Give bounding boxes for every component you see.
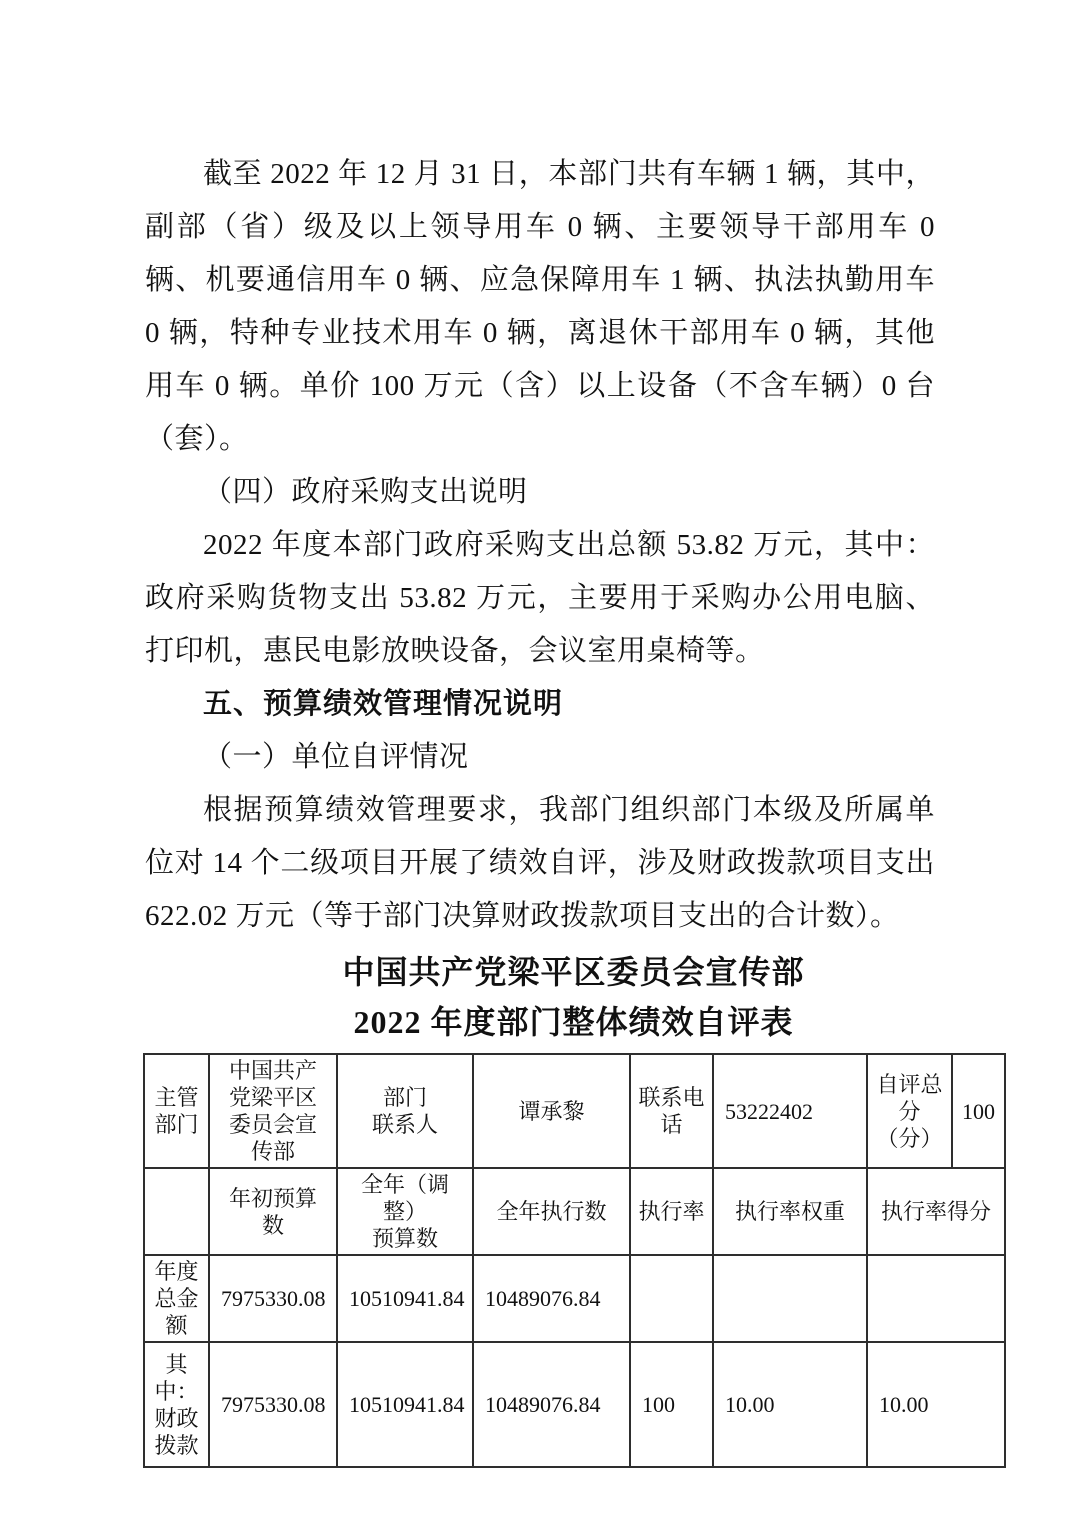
cell-fiscal-weight: 10.00 <box>713 1342 867 1467</box>
cell-total-executed: 10489076.84 <box>473 1255 630 1342</box>
heading-budget-performance: 五、预算绩效管理情况说明 <box>145 678 935 731</box>
cell-col-blank <box>144 1168 209 1255</box>
cell-col-rate: 执行率 <box>630 1168 713 1255</box>
performance-self-evaluation-table: 主管 部门 中国共产 党梁平区 委员会宣 传部 部门 联系人 谭承黎 联系电 话… <box>143 1053 1006 1468</box>
cell-contact-value: 谭承黎 <box>473 1054 630 1168</box>
cell-col-rate-score: 执行率得分 <box>867 1168 1005 1255</box>
cell-col-adjusted-budget: 全年（调整） 预算数 <box>337 1168 473 1255</box>
cell-fiscal-executed: 10489076.84 <box>473 1342 630 1467</box>
heading-gov-procurement: （四）政府采购支出说明 <box>145 466 935 519</box>
document-page: 截至 2022 年 12 月 31 日，本部门共有车辆 1 辆，其中，副部（省）… <box>0 0 1074 1520</box>
cell-col-rate-weight: 执行率权重 <box>713 1168 867 1255</box>
cell-fiscal-score: 10.00 <box>867 1342 1005 1467</box>
cell-fiscal-label: 其 中： 财政 拨款 <box>144 1342 209 1467</box>
cell-total-rate <box>630 1255 713 1342</box>
column-header-row: 年初预算 数 全年（调整） 预算数 全年执行数 执行率 执行率权重 执行率得分 <box>144 1168 1005 1255</box>
self-eval-table-block: 中国共产党梁平区委员会宣传部 2022 年度部门整体绩效自评表 主管 部门 中国… <box>143 947 1004 1468</box>
cell-score-label: 自评总 分 （分） <box>867 1054 952 1168</box>
cell-fiscal-adjusted: 10510941.84 <box>337 1342 473 1467</box>
header-info-row: 主管 部门 中国共产 党梁平区 委员会宣 传部 部门 联系人 谭承黎 联系电 话… <box>144 1054 1005 1168</box>
para-vehicles-equipment: 截至 2022 年 12 月 31 日，本部门共有车辆 1 辆，其中，副部（省）… <box>145 148 935 466</box>
cell-total-score <box>867 1255 1005 1342</box>
cell-dept-value: 中国共产 党梁平区 委员会宣 传部 <box>209 1054 337 1168</box>
fiscal-allocation-row: 其 中： 财政 拨款 7975330.08 10510941.84 104890… <box>144 1342 1005 1467</box>
para-unit-self-eval: 根据预算绩效管理要求，我部门组织部门本级及所属单位对 14 个二级项目开展了绩效… <box>145 784 935 943</box>
cell-dept-label: 主管 部门 <box>144 1054 209 1168</box>
table-title-form: 2022 年度部门整体绩效自评表 <box>143 997 1004 1047</box>
cell-col-initial-budget: 年初预算 数 <box>209 1168 337 1255</box>
cell-col-executed: 全年执行数 <box>473 1168 630 1255</box>
cell-total-weight <box>713 1255 867 1342</box>
cell-total-initial: 7975330.08 <box>209 1255 337 1342</box>
cell-phone-value: 53222402 <box>713 1054 867 1168</box>
cell-score-value: 100 <box>952 1054 1005 1168</box>
cell-phone-label: 联系电 话 <box>630 1054 713 1168</box>
heading-unit-self-eval: （一）单位自评情况 <box>145 731 935 784</box>
annual-total-row: 年度 总金 额 7975330.08 10510941.84 10489076.… <box>144 1255 1005 1342</box>
cell-total-adjusted: 10510941.84 <box>337 1255 473 1342</box>
cell-total-label: 年度 总金 额 <box>144 1255 209 1342</box>
cell-contact-label: 部门 联系人 <box>337 1054 473 1168</box>
table-title-org: 中国共产党梁平区委员会宣传部 <box>143 947 1004 997</box>
cell-fiscal-initial: 7975330.08 <box>209 1342 337 1467</box>
cell-fiscal-rate: 100 <box>630 1342 713 1467</box>
para-gov-procurement: 2022 年度本部门政府采购支出总额 53.82 万元，其中：政府采购货物支出 … <box>145 519 935 678</box>
body-text: 截至 2022 年 12 月 31 日，本部门共有车辆 1 辆，其中，副部（省）… <box>0 0 1074 943</box>
